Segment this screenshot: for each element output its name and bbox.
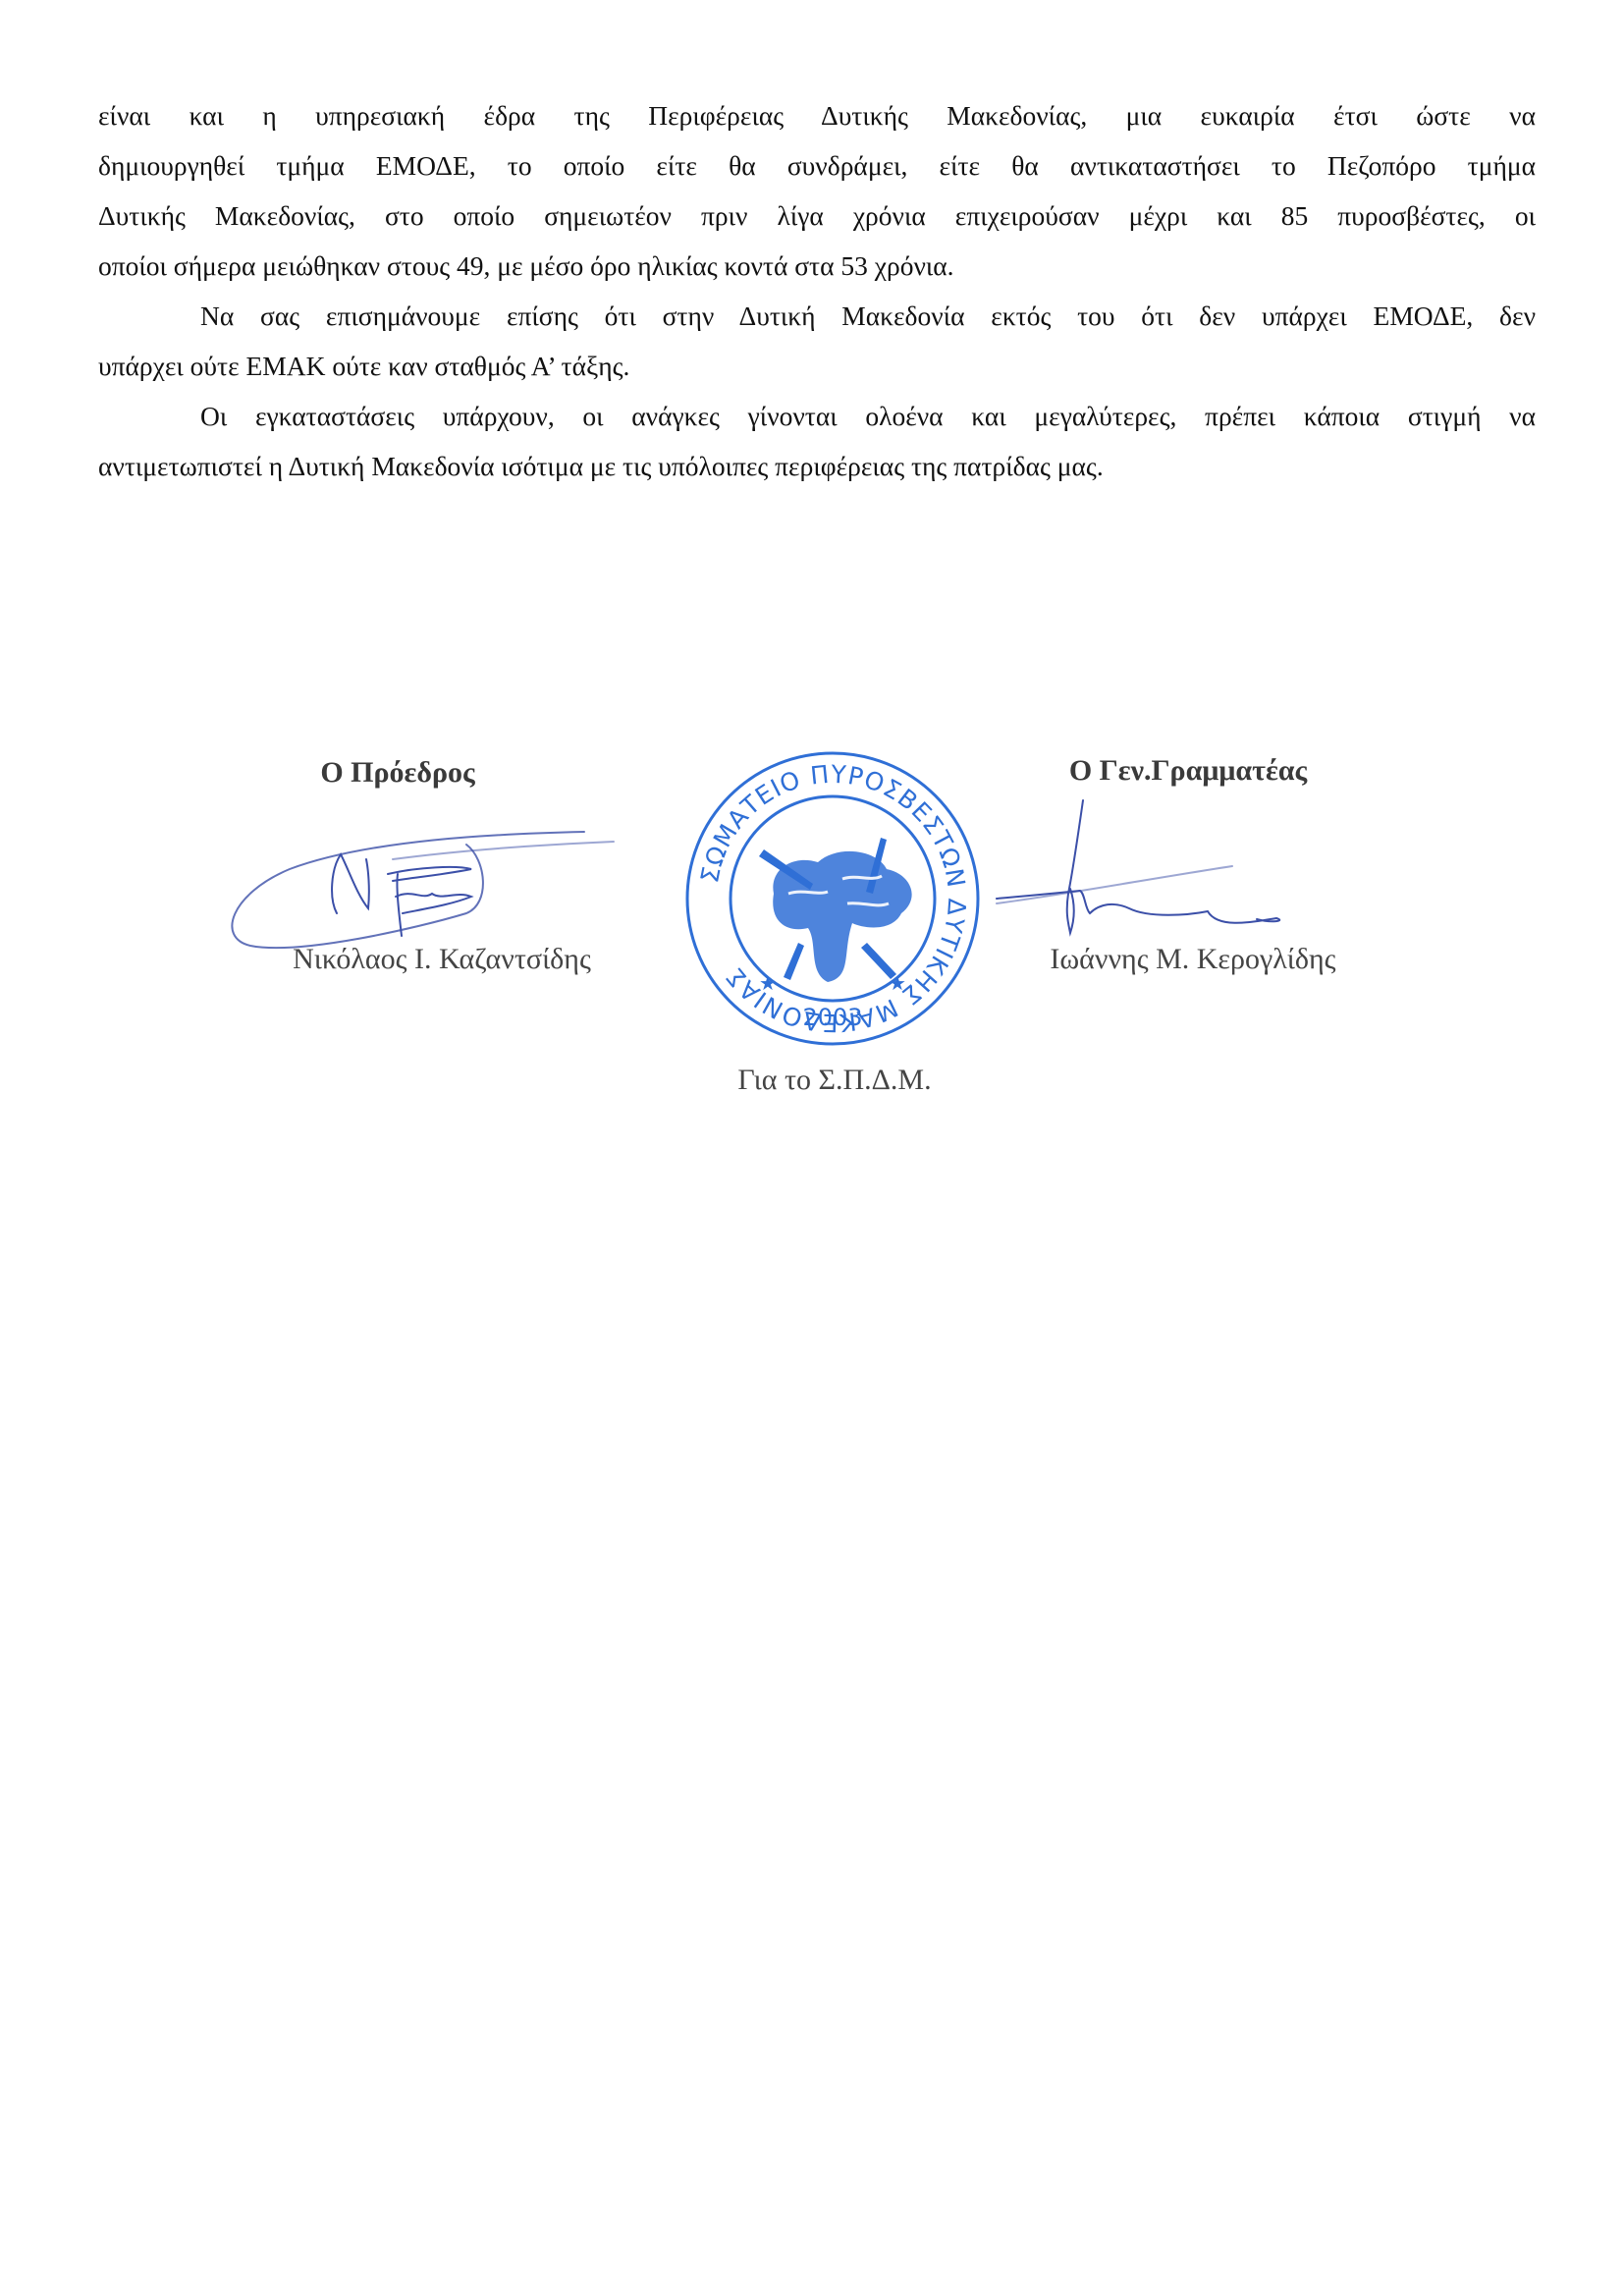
paragraph-1: είναι και η υπηρεσιακή έδρα της Περιφέρε… (98, 90, 1536, 291)
secretary-name: Ιωάννης Μ. Κερογλίδης (1016, 943, 1370, 976)
secretary-title: Ο Γεν.Γραμματέας (1041, 754, 1335, 788)
text-line: οποίοι σήμερα μειώθηκαν στους 49, με μέσ… (98, 241, 1536, 291)
paragraph-2: Να σας επισημάνουμε επίσης ότι στην Δυτι… (98, 291, 1536, 391)
text-line: Οι εγκαταστάσεις υπάρχουν, οι ανάγκες γί… (98, 391, 1536, 441)
paragraph-3: Οι εγκαταστάσεις υπάρχουν, οι ανάγκες γί… (98, 391, 1536, 491)
stamp-star-left: ★ (759, 973, 777, 995)
text-line: είναι και η υπηρεσιακή έδρα της Περιφέρε… (98, 90, 1536, 140)
letter-body: είναι και η υπηρεσιακή έδρα της Περιφέρε… (98, 90, 1536, 491)
organization-caption: Για το Σ.Π.Δ.Μ. (717, 1064, 952, 1097)
president-title: Ο Πρόεδρος (295, 756, 501, 790)
president-name: Νικόλαος Ι. Καζαντσίδης (265, 943, 619, 976)
text-line: Να σας επισημάνουμε επίσης ότι στην Δυτι… (98, 291, 1536, 341)
text-line: Δυτικής Μακεδονίας, στο οποίο σημειωτέον… (98, 191, 1536, 241)
text-line: αντιμετωπιστεί η Δυτική Μακεδονία ισότιμ… (98, 441, 1536, 491)
text-line: δημιουργηθεί τμήμα ΕΜΟΔΕ, το οποίο είτε … (98, 140, 1536, 191)
association-stamp-icon: ΣΩΜΑΤΕΙΟ ΠΥΡΟΣΒΕΣΤΩΝ ΔΥΤΙΚΗΣ ΜΑΚΕΔΟΝΙΑΣ … (680, 746, 985, 1051)
stamp-star-right: ★ (889, 973, 906, 995)
stamp-year: 2003 (802, 1004, 862, 1031)
secretary-signature-icon (992, 795, 1306, 943)
text-line: υπάρχει ούτε ΕΜΑΚ ούτε καν σταθμός Α’ τά… (98, 341, 1536, 391)
